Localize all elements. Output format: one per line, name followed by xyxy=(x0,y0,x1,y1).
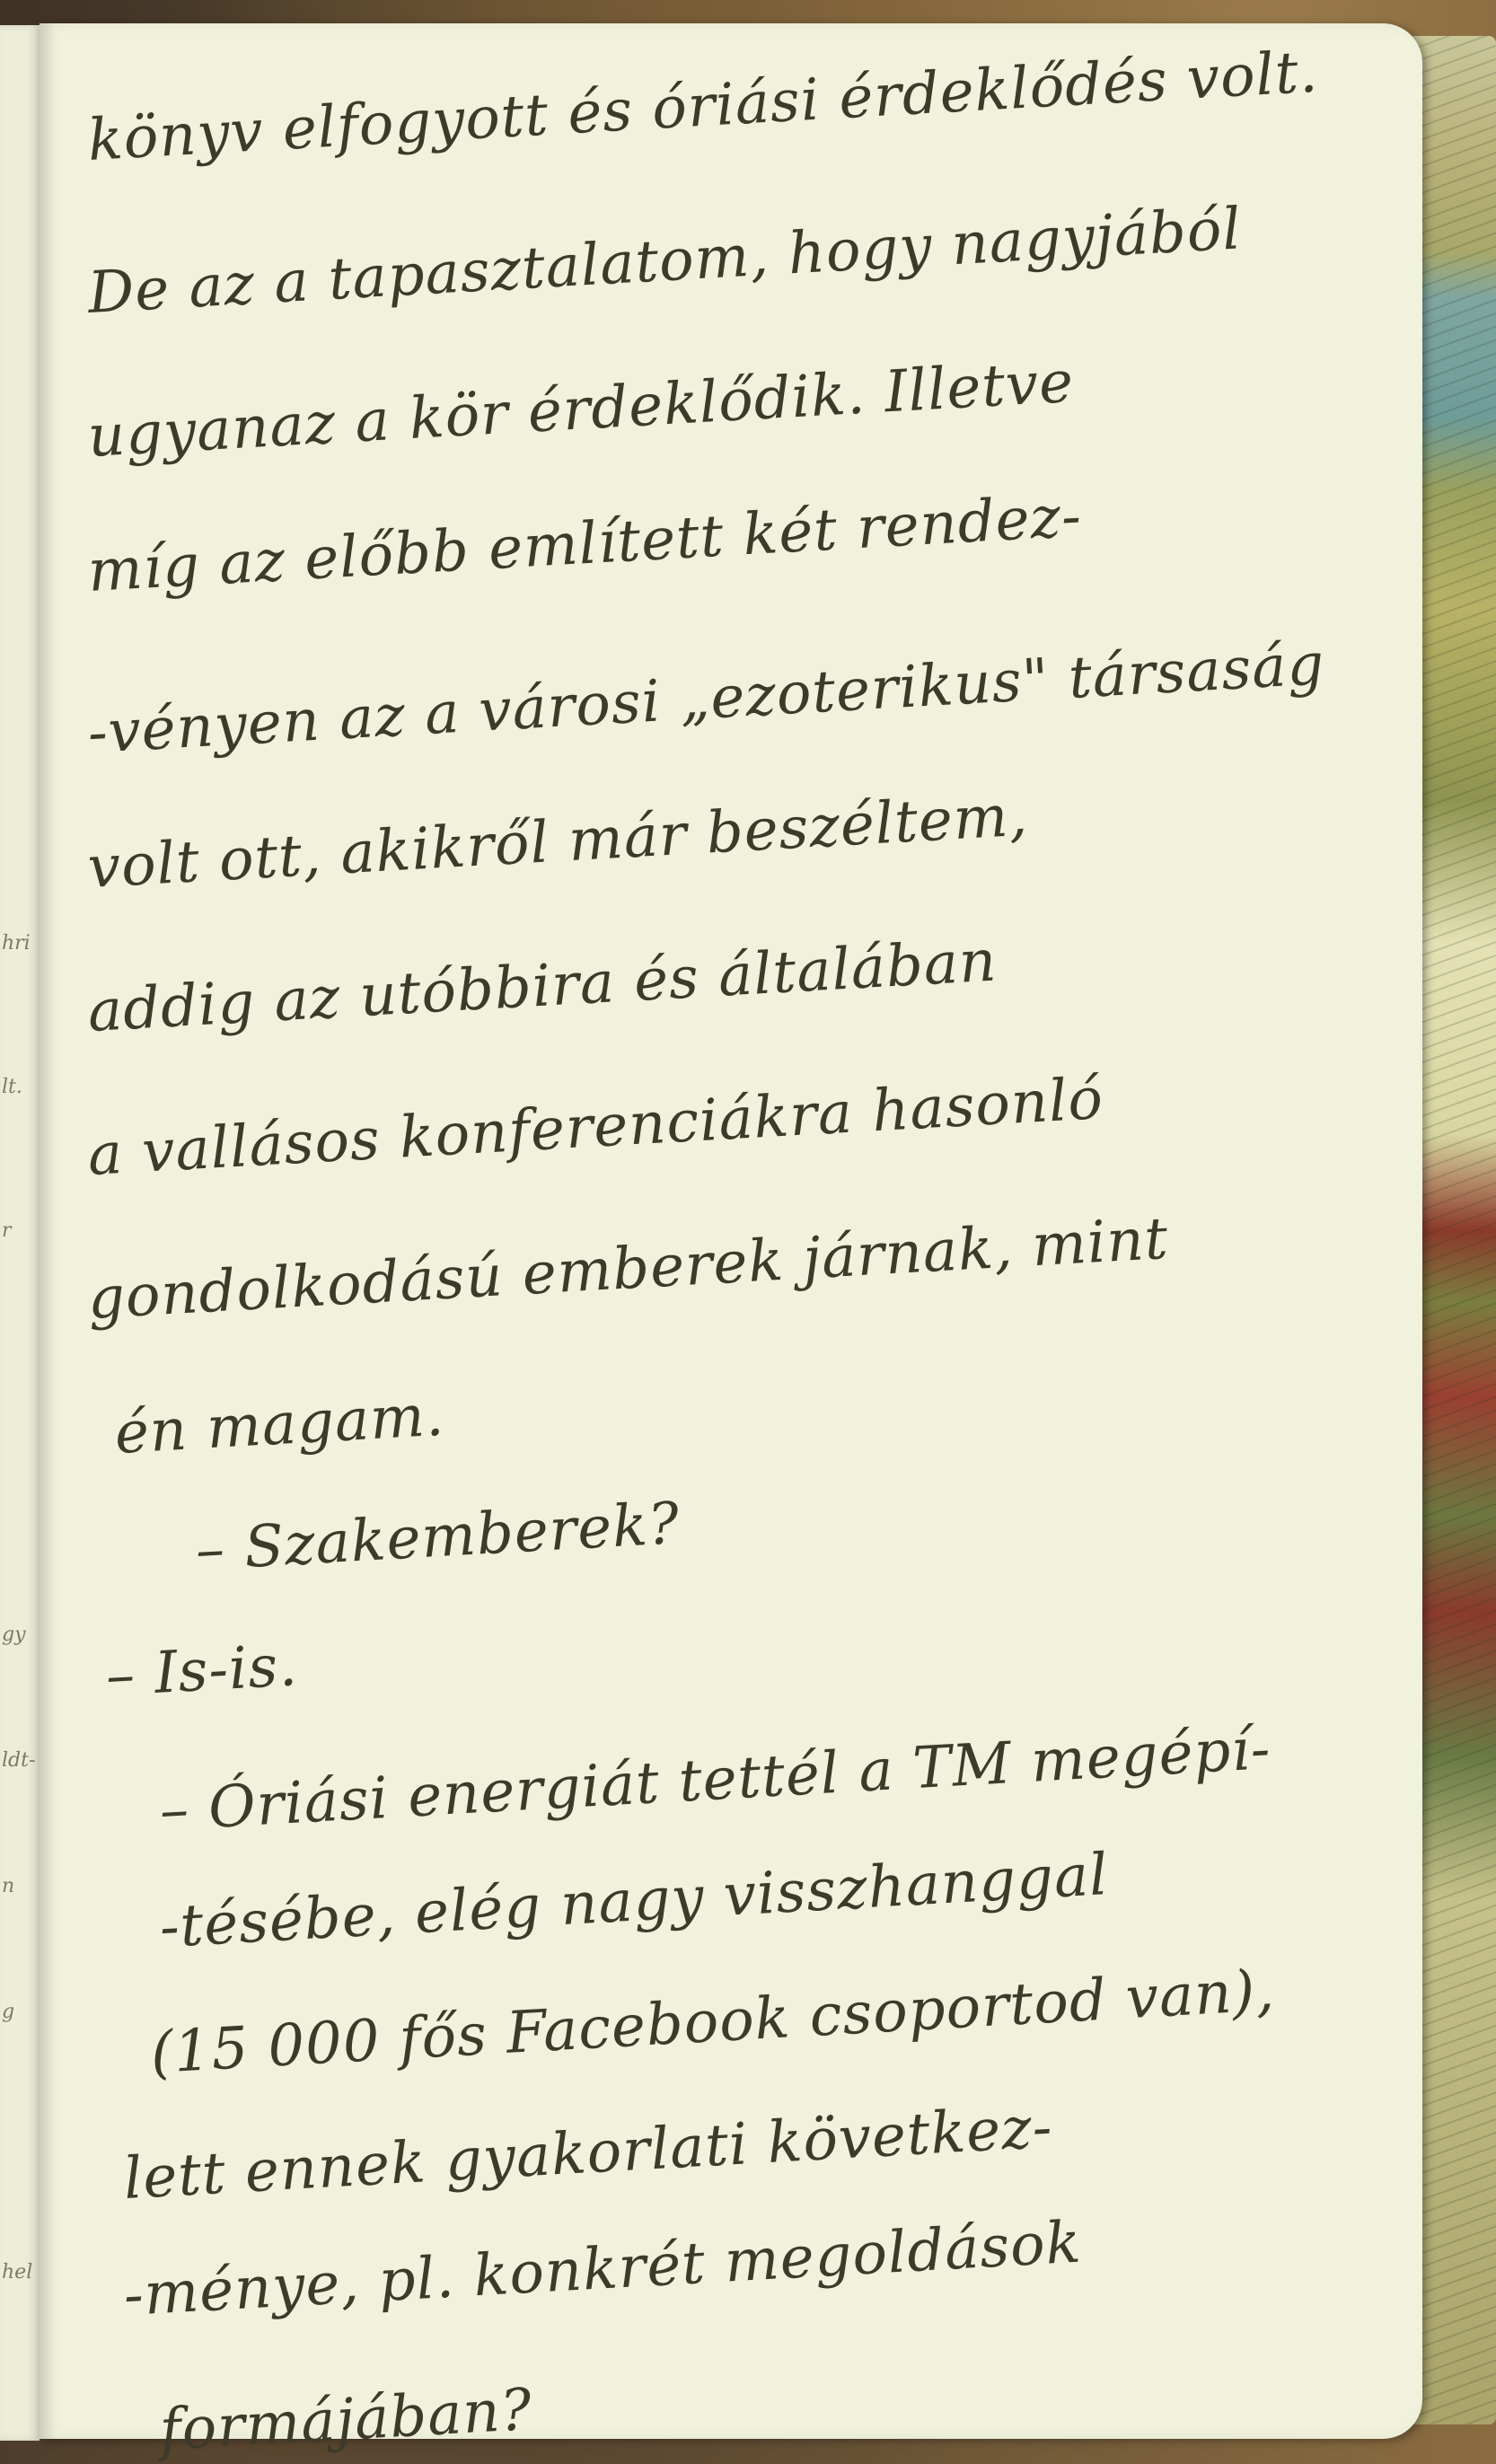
spine-shadow xyxy=(40,23,56,2439)
prev-page-fragment: g xyxy=(2,2001,14,2023)
prev-page-fragment: gy xyxy=(2,1624,26,1646)
notebook-cover-illustration xyxy=(1410,36,1496,2424)
prev-page-fragment: hel xyxy=(2,2261,32,2284)
prev-page-fragment: ldt- xyxy=(2,1749,35,1772)
prev-page-fragment: hri xyxy=(2,932,31,955)
prev-page-fragment: lt. xyxy=(2,1076,22,1098)
previous-page-edge: hri lt. r gy ldt- n g hel xyxy=(0,25,40,2441)
prev-page-fragment: n xyxy=(2,1875,14,1897)
text-line: – Is-is. xyxy=(104,1632,300,1710)
prev-page-fragment: r xyxy=(2,1219,12,1242)
